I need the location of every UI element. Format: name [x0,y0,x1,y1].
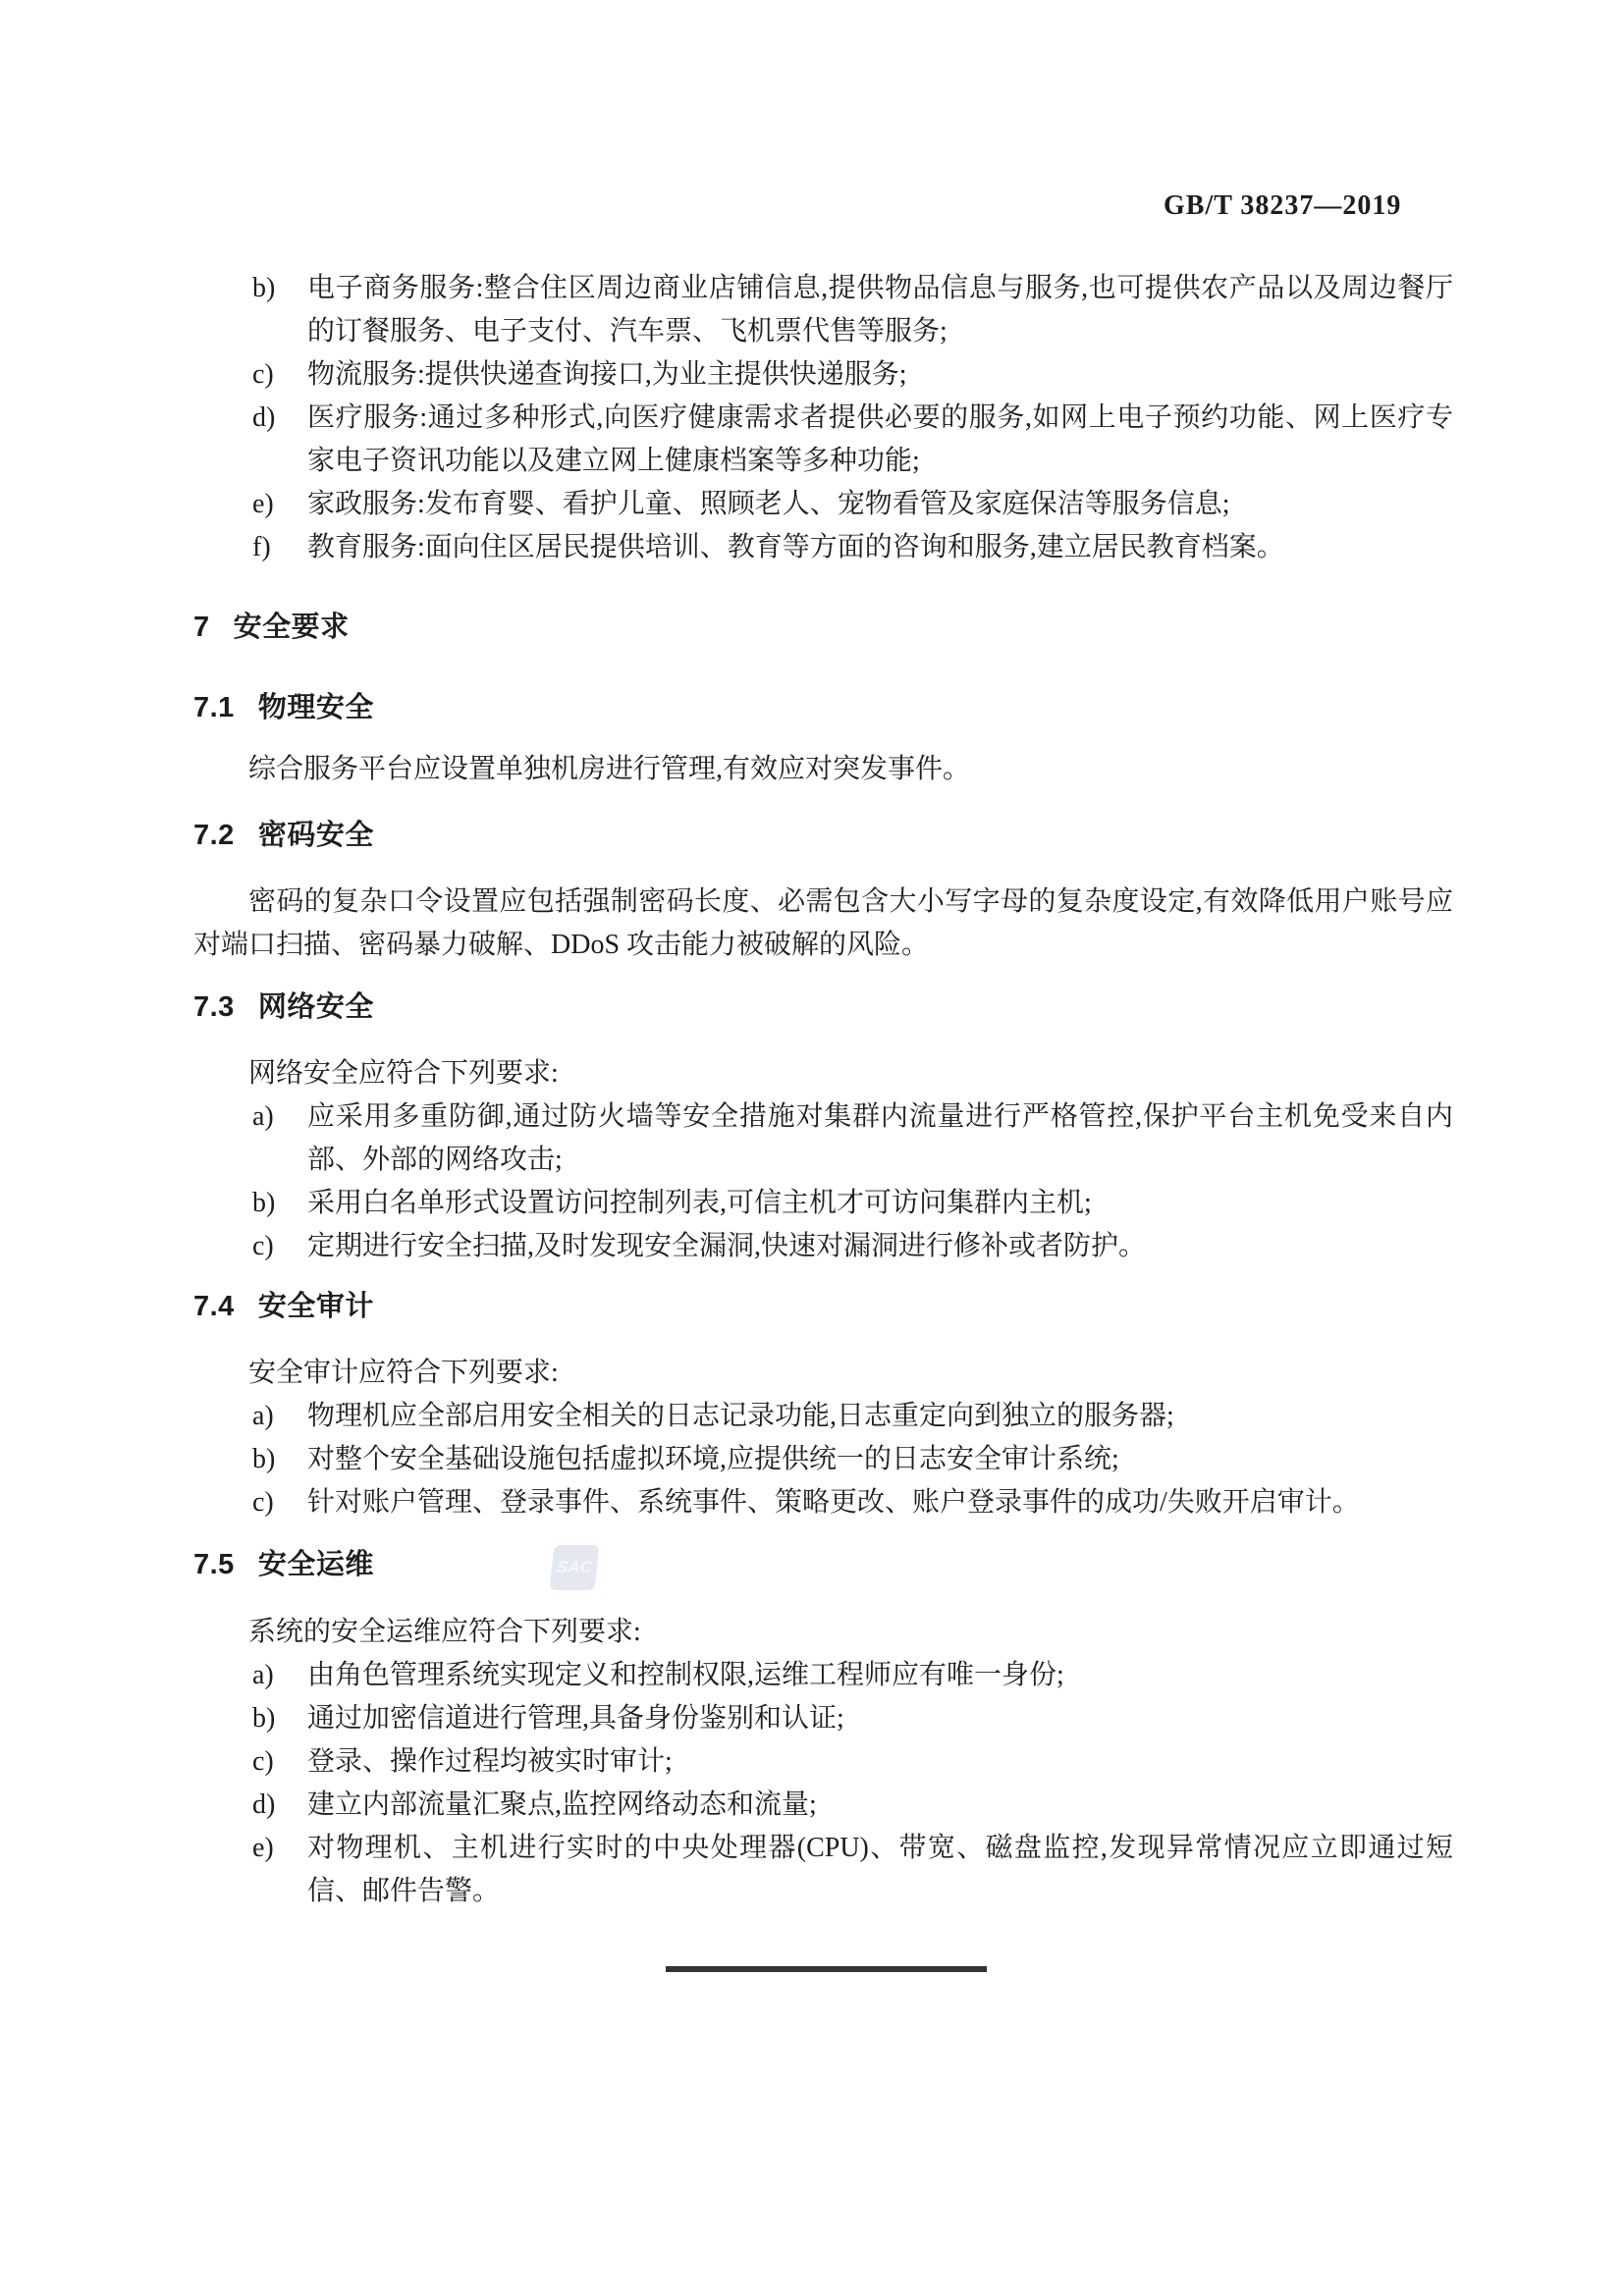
list-item: d) 建立内部流量汇聚点,监控网络动态和流量; [252,1784,1453,1827]
item-label: a) [252,1654,307,1697]
list-item: a) 由角色管理系统实现定义和控制权限,运维工程师应有唯一身份; [252,1654,1453,1697]
item-text: 针对账户管理、登录事件、系统事件、策略更改、账户登录事件的成功/失败开启审计。 [307,1481,1453,1524]
document-page: GB/T 38237—2019 b) 电子商务服务:整合住区周边商业店铺信息,提… [0,0,1624,2296]
item-text: 建立内部流量汇聚点,监控网络动态和流量; [307,1784,1453,1827]
section-number: 7 [193,606,210,649]
list-item: d) 医疗服务:通过多种形式,向医疗健康需求者提供必要的服务,如网上电子预约功能… [252,397,1453,483]
section-intro: 系统的安全运维应符合下列要求: [193,1611,1453,1654]
requirements-list-7-4: a) 物理机应全部启用安全相关的日志记录功能,日志重定向到独立的服务器; b) … [193,1395,1453,1524]
item-text: 医疗服务:通过多种形式,向医疗健康需求者提供必要的服务,如网上电子预约功能、网上… [307,397,1453,483]
item-text: 由角色管理系统实现定义和控制权限,运维工程师应有唯一身份; [307,1654,1453,1697]
requirements-list-7-3: a) 应采用多重防御,通过防火墙等安全措施对集群内流量进行严格管控,保护平台主机… [193,1095,1453,1268]
item-label: c) [252,353,307,397]
item-label: d) [252,1784,307,1827]
end-of-text-bar [666,1966,987,1972]
paragraph: 密码的复杂口令设置应包括强制密码长度、必需包含大小写字母的复杂度设定,有效降低用… [193,881,1453,967]
section-title: 安全审计 [258,1291,374,1322]
section-heading-7-3: 7.3网络安全 [193,986,1453,1029]
item-label: f) [252,526,307,569]
list-item: b) 通过加密信道进行管理,具备身份鉴别和认证; [252,1697,1453,1740]
section-heading-7: 7安全要求 [193,606,1453,649]
list-item: b) 对整个安全基础设施包括虚拟环境,应提供统一的日志安全审计系统; [252,1438,1453,1481]
item-label: a) [252,1395,307,1438]
section-heading-7-5: 7.5安全运维 [193,1543,1453,1586]
section-intro: 安全审计应符合下列要求: [193,1352,1453,1395]
item-text: 物流服务:提供快递查询接口,为业主提供快递服务; [307,353,1453,397]
item-label: b) [252,1182,307,1225]
section-title: 安全运维 [258,1549,374,1580]
item-label: e) [252,1827,307,1913]
item-text: 应采用多重防御,通过防火墙等安全措施对集群内流量进行严格管控,保护平台主机免受来… [307,1095,1453,1182]
item-label: b) [252,1697,307,1740]
document-number: GB/T 38237—2019 [1164,190,1401,222]
item-label: b) [252,1438,307,1481]
list-item: c) 定期进行安全扫描,及时发现安全漏洞,快速对漏洞进行修补或者防护。 [252,1225,1453,1268]
section-heading-7-4: 7.4安全审计 [193,1285,1453,1328]
requirements-list-7-5: a) 由角色管理系统实现定义和控制权限,运维工程师应有唯一身份; b) 通过加密… [193,1654,1453,1913]
section-intro: 网络安全应符合下列要求: [193,1052,1453,1095]
paragraph: 综合服务平台应设置单独机房进行管理,有效应对突发事件。 [193,748,1453,791]
section-heading-7-1: 7.1物理安全 [193,686,1453,729]
item-text: 通过加密信道进行管理,具备身份鉴别和认证; [307,1697,1453,1740]
item-label: a) [252,1095,307,1182]
list-item: c) 登录、操作过程均被实时审计; [252,1740,1453,1784]
list-item: c) 针对账户管理、登录事件、系统事件、策略更改、账户登录事件的成功/失败开启审… [252,1481,1453,1524]
item-label: c) [252,1225,307,1268]
section-title: 网络安全 [258,991,374,1023]
page-content: b) 电子商务服务:整合住区周边商业店铺信息,提供物品信息与服务,也可提供农产品… [193,267,1453,1913]
list-item: e) 对物理机、主机进行实时的中央处理器(CPU)、带宽、磁盘监控,发现异常情况… [252,1827,1453,1913]
item-text: 登录、操作过程均被实时审计; [307,1740,1453,1784]
item-text: 对物理机、主机进行实时的中央处理器(CPU)、带宽、磁盘监控,发现异常情况应立即… [307,1827,1453,1913]
list-item: e) 家政服务:发布育婴、看护儿童、照顾老人、宠物看管及家庭保洁等服务信息; [252,483,1453,526]
section-heading-7-2: 7.2密码安全 [193,814,1453,857]
item-label: c) [252,1481,307,1524]
item-text: 对整个安全基础设施包括虚拟环境,应提供统一的日志安全审计系统; [307,1438,1453,1481]
section-title: 物理安全 [258,692,374,723]
item-text: 采用白名单形式设置访问控制列表,可信主机才可访问集群内主机; [307,1182,1453,1225]
section-number: 7.4 [193,1285,235,1328]
list-item: c) 物流服务:提供快递查询接口,为业主提供快递服务; [252,353,1453,397]
sac-watermark: SAC [550,1545,600,1590]
item-label: e) [252,483,307,526]
service-list: b) 电子商务服务:整合住区周边商业店铺信息,提供物品信息与服务,也可提供农产品… [193,267,1453,569]
section-title: 安全要求 [234,612,350,643]
section-number: 7.1 [193,686,235,729]
item-text: 电子商务服务:整合住区周边商业店铺信息,提供物品信息与服务,也可提供农产品以及周… [307,267,1453,353]
item-label: b) [252,267,307,353]
list-item: b) 采用白名单形式设置访问控制列表,可信主机才可访问集群内主机; [252,1182,1453,1225]
item-text: 家政服务:发布育婴、看护儿童、照顾老人、宠物看管及家庭保洁等服务信息; [307,483,1453,526]
list-item: b) 电子商务服务:整合住区周边商业店铺信息,提供物品信息与服务,也可提供农产品… [252,267,1453,353]
item-text: 教育服务:面向住区居民提供培训、教育等方面的咨询和服务,建立居民教育档案。 [307,526,1453,569]
item-text: 物理机应全部启用安全相关的日志记录功能,日志重定向到独立的服务器; [307,1395,1453,1438]
section-number: 7.3 [193,986,235,1029]
section-number: 7.2 [193,814,235,857]
section-number: 7.5 [193,1543,235,1586]
item-label: c) [252,1740,307,1784]
item-text: 定期进行安全扫描,及时发现安全漏洞,快速对漏洞进行修补或者防护。 [307,1225,1453,1268]
list-item: a) 物理机应全部启用安全相关的日志记录功能,日志重定向到独立的服务器; [252,1395,1453,1438]
list-item: f) 教育服务:面向住区居民提供培训、教育等方面的咨询和服务,建立居民教育档案。 [252,526,1453,569]
item-label: d) [252,397,307,483]
section-title: 密码安全 [258,820,374,851]
list-item: a) 应采用多重防御,通过防火墙等安全措施对集群内流量进行严格管控,保护平台主机… [252,1095,1453,1182]
